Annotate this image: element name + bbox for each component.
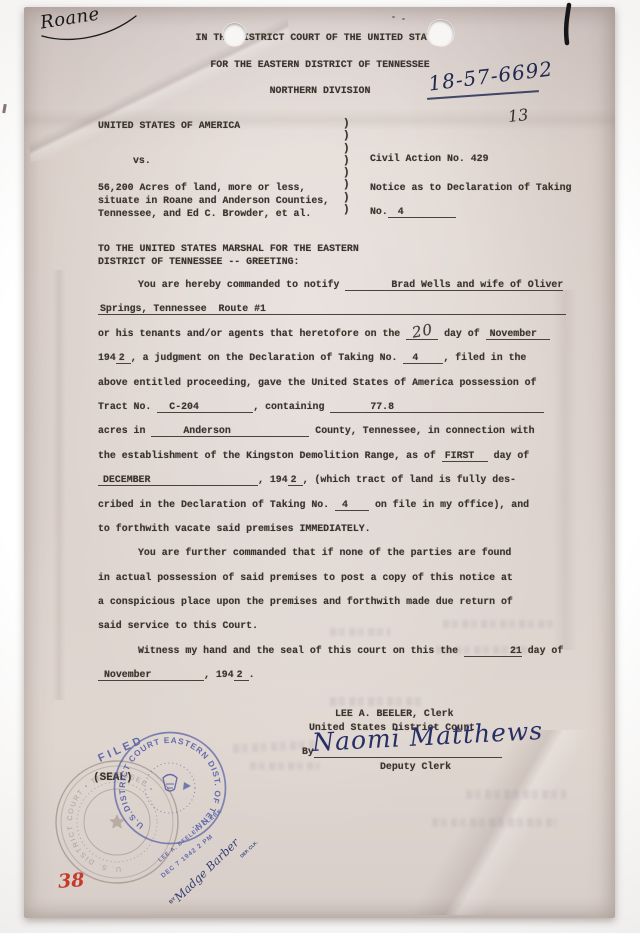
blank-year-digit: 2: [116, 351, 131, 364]
county-rest-text: County, Tennessee, in connection with: [309, 425, 534, 436]
blank-witness-year-digit: 2: [234, 668, 249, 681]
stamp-deputy-title: DEP. CLK.: [239, 840, 258, 859]
edge-tick-mark: [2, 104, 6, 113]
blank-year-digit-2: 2: [288, 473, 303, 486]
civil-action-number: Civil Action No. 429: [370, 152, 489, 165]
blank-day-handwritten: 20: [406, 327, 438, 340]
tenants-text: or his tenants and/or agents that hereto…: [98, 328, 406, 339]
on-file-text: on file in my office), and: [369, 499, 529, 510]
plaintiff-name: UNITED STATES OF AMERICA: [98, 119, 240, 132]
stamp-crest-lines: [166, 784, 174, 788]
notice-no-label: No.: [370, 206, 388, 217]
versus-label: vs.: [133, 154, 151, 167]
witness-year-prefix: , 194: [204, 669, 234, 680]
pen-stroke-mark: [556, 2, 586, 48]
witness-lead: Witness my hand and the seal of this cou…: [138, 645, 464, 656]
handwritten-red-index: 38: [57, 869, 85, 893]
day-of-text-2: day of: [488, 450, 529, 461]
body-line: or his tenants and/or agents that hereto…: [98, 327, 570, 351]
blank-taking-no: 4: [403, 351, 443, 364]
body-line: Witness my hand and the seal of this cou…: [98, 644, 570, 668]
described-text-b: cribed in the Declaration of Taking No.: [98, 499, 335, 510]
blank-acreage: 77.8: [330, 400, 544, 413]
tract-label: Tract No.: [98, 401, 157, 412]
judgment-text: , a judgment on the Declaration of Takin…: [131, 352, 404, 363]
body-line: the establishment of the Kingston Demoli…: [98, 449, 570, 473]
body-line: November, 1942.: [98, 668, 570, 692]
scanned-document-page: U. S. DISTRICT COURT • TENNESSEE • IN TH…: [0, 0, 640, 933]
notify-lead: You are hereby commanded to notify: [138, 279, 345, 290]
handwritten-day-20: 20: [410, 320, 434, 341]
acres-in-text: acres in: [98, 425, 151, 436]
body-line: You are further commanded that if none o…: [98, 546, 570, 570]
body-line: a conspicious place upon the premises an…: [98, 595, 570, 619]
notice-number-line: No.4: [370, 205, 456, 218]
pencil-dot: [392, 16, 395, 18]
day-of-text: day of: [438, 328, 485, 339]
blank-witness-day: 21: [464, 644, 522, 657]
defendant-line-2: situate in Roane and Anderson Counties,: [98, 194, 329, 207]
bleedthrough-text: [432, 818, 557, 827]
year-prefix: 194: [98, 352, 116, 363]
defendant-line-1: 56,200 Acres of land, more or less,: [98, 181, 305, 194]
described-text-a: , (which tract of land is fully des-: [303, 474, 516, 485]
body-line: Springs, Tennessee Route #1: [98, 302, 570, 326]
punch-hole-left: [223, 23, 246, 46]
salutation-line-1: TO THE UNITED STATES MARSHAL FOR THE EAS…: [98, 242, 359, 255]
body-line: DECEMBER, 1942, (which tract of land is …: [98, 473, 570, 497]
clerk-name: LEE A. BEELER, Clerk: [335, 707, 454, 720]
body-line: You are hereby commanded to notify Brad …: [98, 278, 570, 302]
body-line: acres in Anderson County, Tennessee, in …: [98, 424, 570, 448]
stamp-crest-icon: [163, 775, 177, 792]
blank-taking-no-2: 4: [335, 498, 369, 511]
filed-text: , filed in the: [443, 352, 526, 363]
blank-notify-address: Springs, Tennessee Route #1: [98, 302, 566, 315]
body-line: cribed in the Declaration of Taking No. …: [98, 498, 570, 522]
witness-day-of: day of: [522, 645, 563, 656]
salutation-line-2: DISTRICT OF TENNESSEE -- GREETING:: [98, 255, 299, 268]
handwritten-page-number: 13: [507, 105, 529, 126]
blank-month-november: November: [486, 327, 550, 340]
bleedthrough-text: [330, 697, 422, 706]
body-line: Tract No. C-204, containing 77.8: [98, 400, 570, 424]
body-line: to forthwith vacate said premises IMMEDI…: [98, 522, 570, 546]
blank-witness-month: November: [98, 668, 204, 681]
body-line: 1942, a judgment on the Declaration of T…: [98, 351, 570, 375]
blank-day-word: FIRST: [442, 449, 488, 462]
body-line: said service to this Court.: [98, 619, 570, 643]
blank-notice-no: 4: [388, 205, 456, 218]
filed-stamp: U.S.DISTRICT COURT EASTERN DIST. OF TENN…: [70, 706, 290, 926]
blank-notify-name: Brad Wells and wife of Oliver: [345, 278, 563, 291]
defendant-line-3: Tennessee, and Ed C. Browder, et al.: [98, 207, 311, 220]
bleedthrough-text: [466, 790, 566, 799]
deputy-clerk-title: Deputy Clerk: [380, 760, 451, 773]
county-note-flourish: [38, 6, 142, 48]
year-prefix-2: , 194: [258, 474, 288, 485]
blank-month-december: DECEMBER: [98, 473, 258, 486]
notice-title: Notice as to Declaration of Taking: [370, 181, 571, 194]
pencil-dot: [402, 18, 405, 20]
blank-tract-no: C-204: [157, 400, 253, 413]
witness-period: .: [249, 669, 255, 680]
stamp-triangle-mark: [183, 782, 191, 790]
body-line: in actual possession of said premises to…: [98, 571, 570, 595]
body-text: You are hereby commanded to notify Brad …: [98, 278, 570, 693]
body-line: above entitled proceeding, gave the Unit…: [98, 376, 570, 400]
caption-brace: ) ) ) ) ) ) ) ): [343, 118, 350, 216]
blank-county: Anderson: [151, 424, 309, 437]
containing-text: , containing: [253, 401, 330, 412]
establishment-text: the establishment of the Kingston Demoli…: [98, 450, 442, 461]
